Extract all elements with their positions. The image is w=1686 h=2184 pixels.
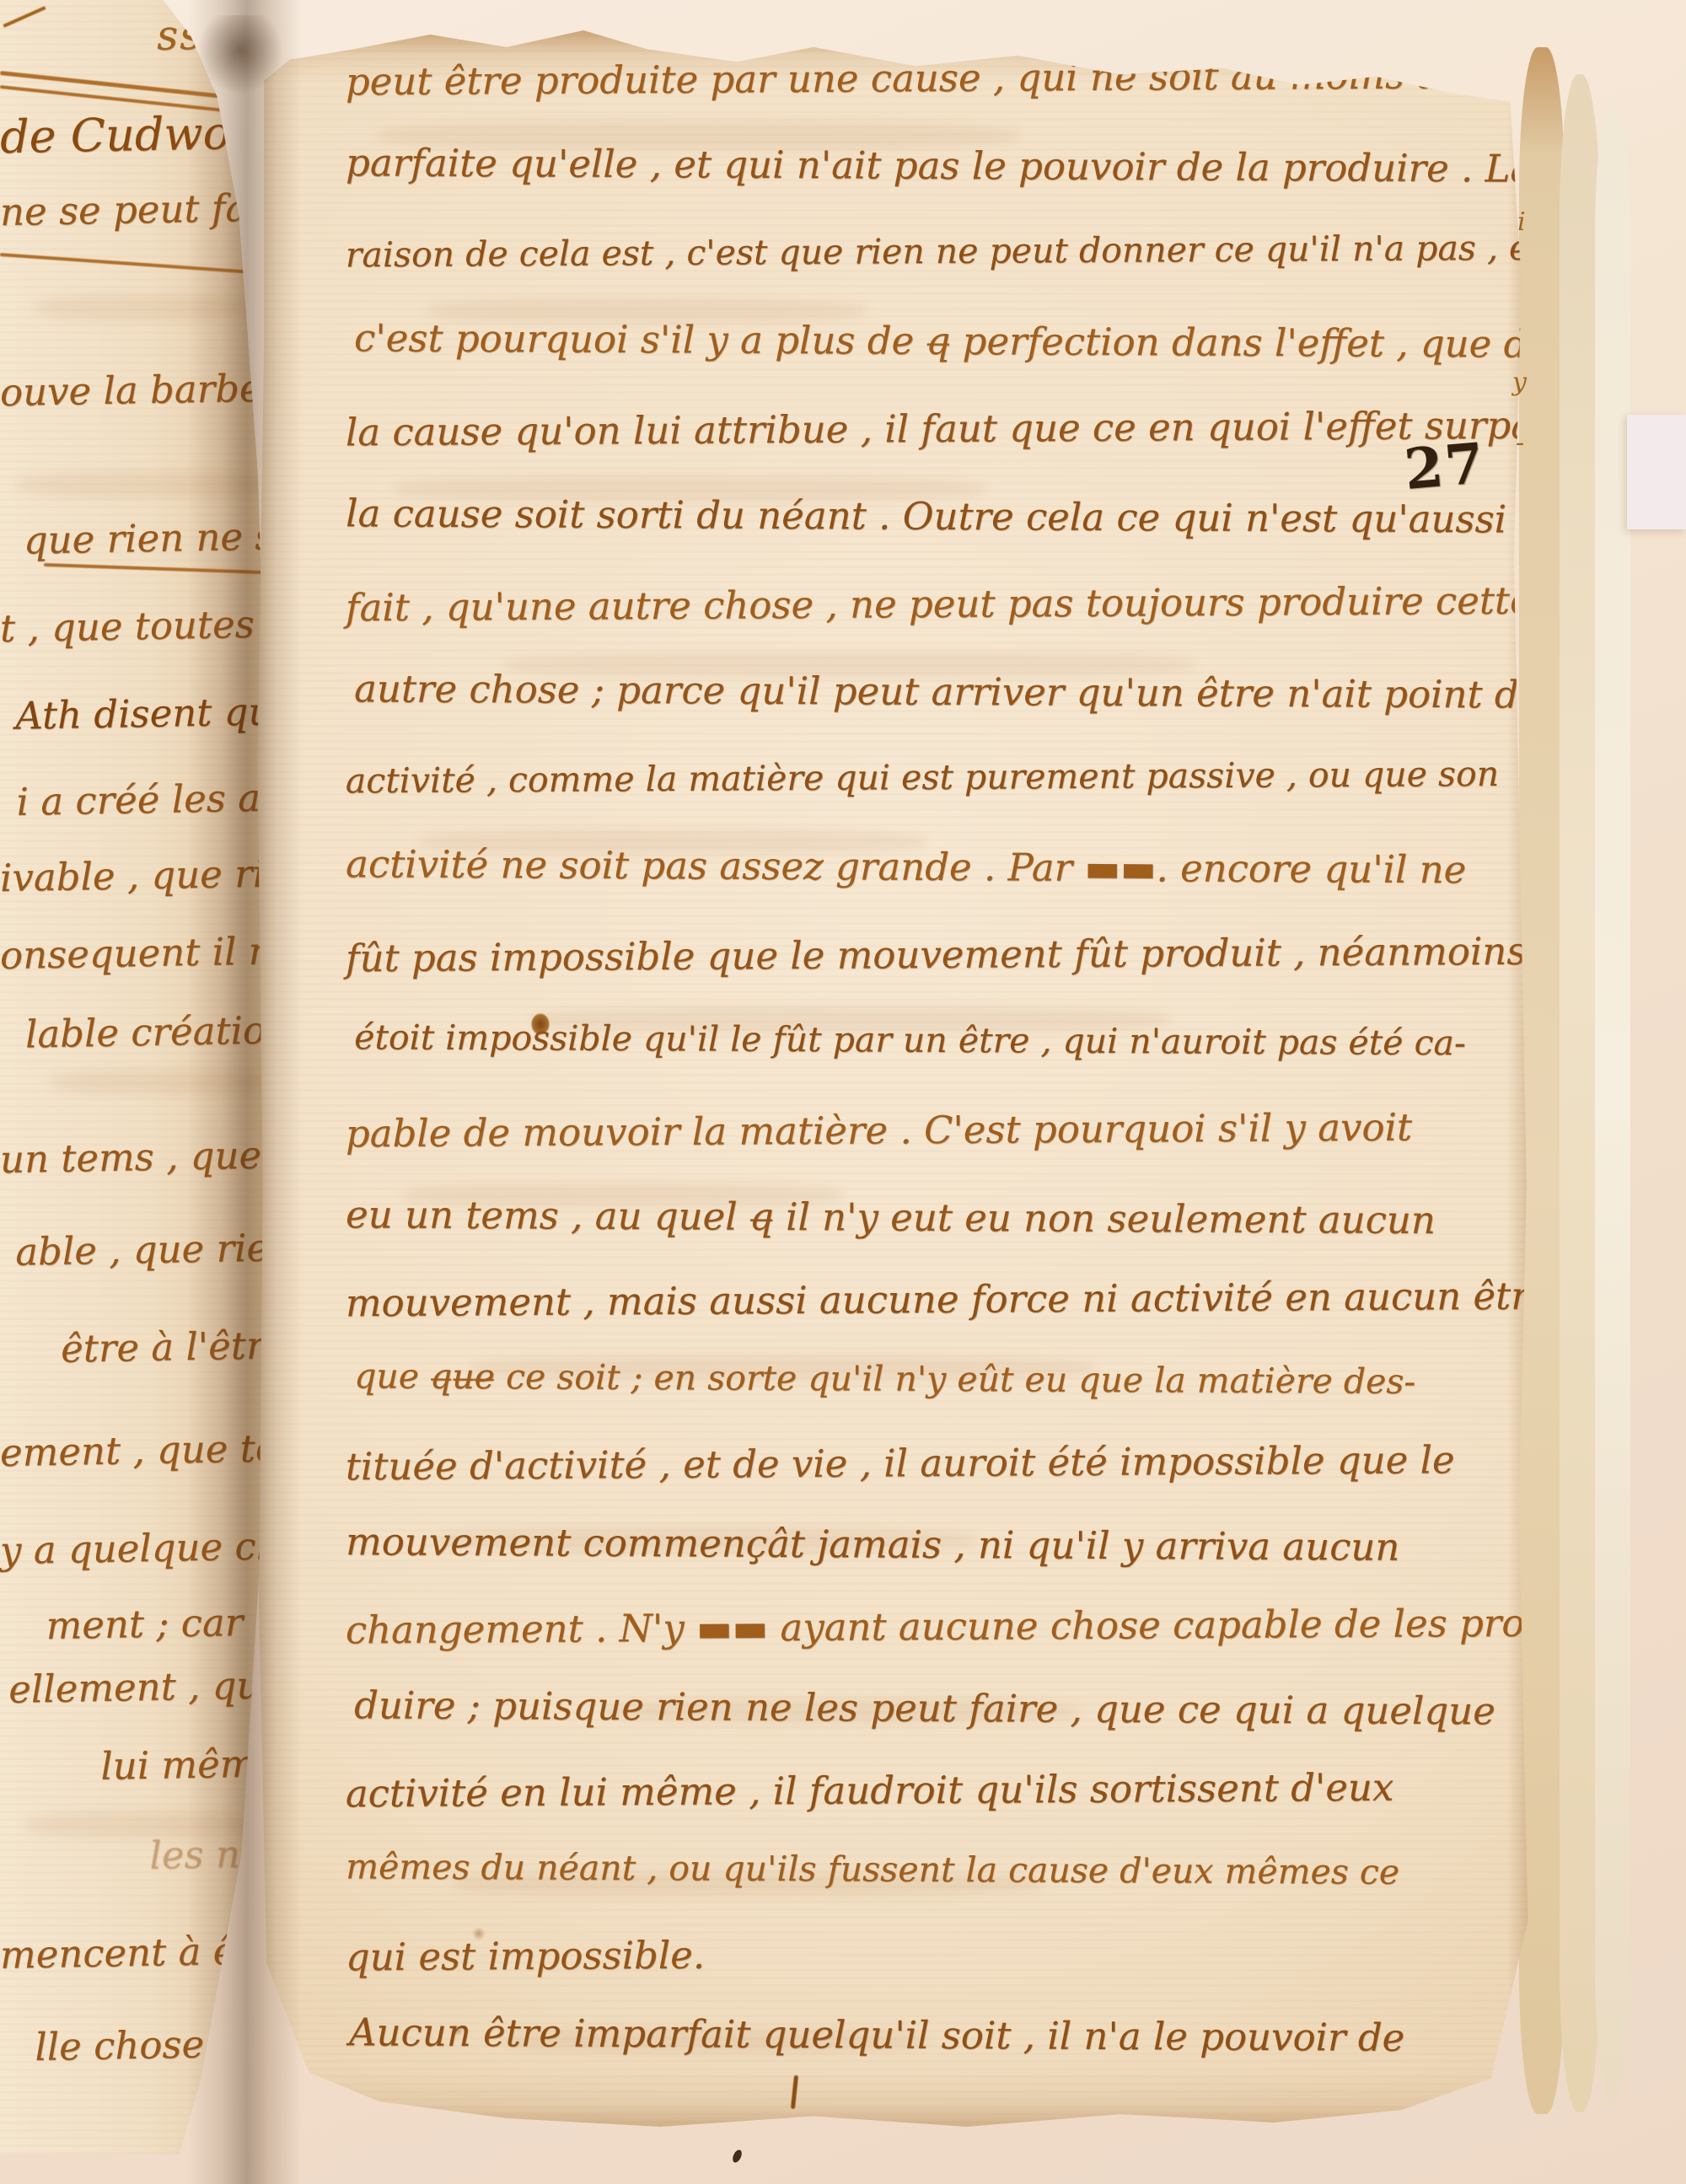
left-page-fragment: onsequent il n'y — [0, 928, 298, 978]
page-number: 27 — [1402, 430, 1488, 502]
manuscript-line: duire ; puisque rien ne les peut faire ,… — [354, 1682, 1543, 1770]
left-page-fragment: les not — [0, 1831, 283, 1881]
manuscript-line: fût pas impossible que le mouvement fût … — [346, 929, 1544, 1024]
manuscript-line: activité en lui même , il faudroit qu'il… — [346, 1764, 1544, 1854]
left-page-fragment: ne se peut faire — [0, 185, 302, 234]
manuscript-line: c'est pourquoi s'il y a plus de q̶ perfe… — [354, 315, 1544, 409]
manuscript-line: fait , qu'une autre chose , ne peut pas … — [346, 578, 1544, 673]
page-stack-edge — [1595, 99, 1630, 2104]
left-page-fragment: un tems , que rien — [0, 1132, 300, 1182]
page-stack-edge — [1519, 47, 1565, 2114]
manuscript-line: que q̶u̶e̶ ce soit ; en sorte qu'il n'y … — [354, 1355, 1543, 1443]
left-page-fragment: ement , que tout — [0, 1425, 295, 1475]
manuscript-line: activité , comme la matière qui est pure… — [346, 754, 1544, 849]
manuscript-line: qui est impossible. — [346, 1928, 1544, 2017]
left-page-fragment: ssible — [0, 9, 292, 62]
left-page-fragment: lui même — [0, 1741, 283, 1790]
left-page-fragment: ivable , que rien — [0, 851, 302, 900]
page-stack-edge — [1560, 74, 1600, 2112]
edge-ink-mark: y — [1512, 368, 1527, 397]
manuscript-line: la cause qu'on lui attribue , il faut qu… — [346, 403, 1544, 498]
manuscript-line: Aucun être imparfait quelqu'il soit , il… — [349, 2010, 1543, 2097]
left-page-fragment: ellement , que — [0, 1662, 288, 1712]
left-page-fragment: ouve la barbe puis — [0, 365, 305, 415]
left-page-fragment: y a quelque chose — [0, 1523, 302, 1573]
left-page-fragment: Ath disent que — [0, 689, 300, 738]
underline-rule — [0, 253, 309, 278]
edge-ink-mark: i — [1517, 207, 1526, 237]
ghost-smudge — [34, 295, 253, 320]
right-page: peut être produite par une cause , qui n… — [251, 30, 1529, 2131]
ghost-smudge — [17, 472, 270, 497]
left-page-fragment: de Cudworth — [0, 105, 299, 164]
edge-ink-mark: - — [1516, 428, 1524, 458]
left-page-fragment: ment ; car si — [0, 1599, 292, 1649]
manuscript-line: mouvement commençât jamais , ni qu'il y … — [346, 1519, 1543, 1607]
manuscript-line: mouvement , mais aussi aucune force ni a… — [346, 1274, 1544, 1363]
ghost-smudge — [51, 1071, 270, 1094]
manuscript-line: peut être produite par une cause , qui n… — [346, 52, 1544, 148]
manuscript-line: activité ne soit pas assez grande . Par … — [346, 841, 1544, 935]
manuscript-line: autre chose ; parce qu'il peut arriver q… — [354, 666, 1544, 759]
manuscript-line: tituée d'activité , et de vie , il auroi… — [346, 1437, 1544, 1527]
manuscript-line: changement . N'y ▬▬ ayant aucune chose c… — [346, 1601, 1544, 1690]
manuscript-line: eu un tems , au quel q̶ il n'y eut eu no… — [346, 1192, 1543, 1280]
left-page-fragment: t , que toutes les — [0, 601, 302, 651]
left-page-fragment: able , que rien — [0, 1225, 298, 1274]
left-page-fragment: mencent à être — [0, 1928, 277, 1977]
manuscript-line: pable de mouvoir la matière . C'est pour… — [346, 1104, 1544, 1199]
left-page-fragment: lable création — [0, 1007, 295, 1057]
left-page-fragment: que rien ne se — [0, 513, 302, 563]
manuscript-line: mêmes du néant , ou qu'ils fussent la ca… — [346, 1846, 1543, 1934]
manuscript-line: parfaite qu'elle , et qui n'ait pas le p… — [346, 140, 1544, 233]
left-page-fragment: être à l'être — [0, 1323, 292, 1372]
ink-speck — [731, 2149, 744, 2164]
left-page: ssible de Cudworth ne se peut faire ouve… — [0, 0, 271, 2154]
manuscript-photo: ssible de Cudworth ne se peut faire ouve… — [0, 0, 1686, 2184]
manuscript-text: peut être produite par une cause , qui n… — [346, 56, 1543, 2095]
manuscript-line: raison de cela est , c'est que rien ne p… — [346, 228, 1544, 323]
white-tab — [1627, 415, 1686, 529]
manuscript-line: étoit impossible qu'il le fût par un êtr… — [354, 1017, 1544, 1110]
left-page-fragment: lle chose ne — [0, 2020, 268, 2070]
manuscript-line: la cause soit sorti du néant . Outre cel… — [346, 491, 1544, 584]
